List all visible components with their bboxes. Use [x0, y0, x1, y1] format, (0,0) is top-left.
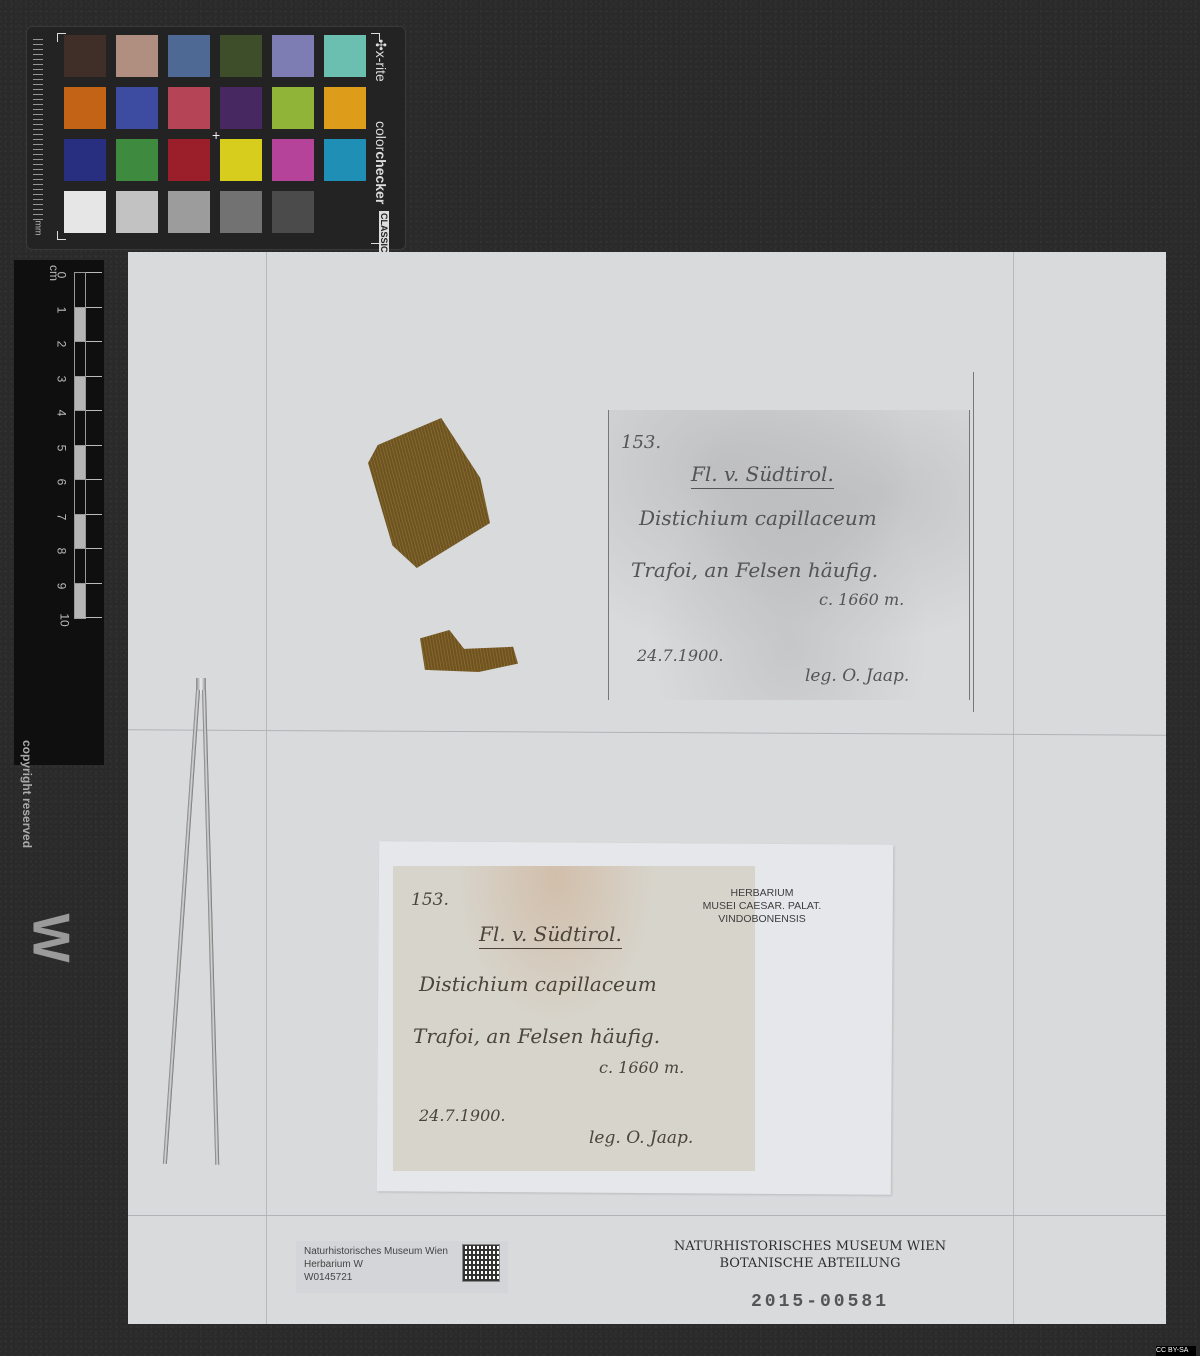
color-swatch: [220, 35, 262, 77]
color-swatch: [116, 35, 158, 77]
color-checker-card: mm + ✣x-rite colorchecker CLASSIC: [26, 26, 406, 250]
label-species: Distichium capillaceum: [639, 506, 877, 530]
institution-name: Naturhistorisches Museum Wien: [304, 1245, 448, 1258]
scale-number: 7: [54, 513, 68, 520]
color-swatch: [220, 87, 262, 129]
label-date: 24.7.1900.: [419, 1106, 506, 1125]
label-collector: leg. O. Jaap.: [589, 1128, 693, 1148]
label-number: 153.: [621, 432, 661, 453]
label-elevation: c. 1660 m.: [819, 590, 904, 609]
label-locality: Trafoi, an Felsen häufig.: [631, 558, 878, 582]
accession-number: 2015-00581: [745, 1292, 895, 1312]
fold-line: [266, 252, 267, 1324]
classic-badge: CLASSIC: [379, 211, 389, 255]
license-badge: CC BY-SA: [1156, 1346, 1196, 1356]
scale-number: 1: [54, 306, 68, 313]
scale-block: [74, 445, 86, 482]
color-swatch: [168, 139, 210, 181]
stamp-line: MUSEI CAESAR. PALAT.: [700, 900, 824, 913]
checker-branding: ✣x-rite colorchecker CLASSIC: [375, 35, 403, 240]
scale-number: 9: [54, 582, 68, 589]
color-swatch: [64, 35, 106, 77]
label-elevation: c. 1660 m.: [599, 1058, 684, 1077]
color-swatch: [324, 139, 366, 181]
fold-line: [973, 372, 974, 712]
qr-code-icon: [462, 1244, 500, 1282]
mm-ruler: [33, 39, 43, 224]
color-swatch: [168, 35, 210, 77]
color-swatch: [116, 87, 158, 129]
scale-bar: cm copyright reserved W 012345678910: [14, 260, 104, 765]
label-region: Fl. v. Südtirol.: [691, 462, 834, 489]
catalog-number: W0145721: [304, 1271, 448, 1284]
xrite-logo: ✣x-rite: [372, 39, 389, 82]
color-swatch: [324, 35, 366, 77]
color-swatch: [272, 87, 314, 129]
scale-block: [74, 548, 86, 585]
printed-label-copy: 153. Fl. v. Südtirol. Distichium capilla…: [608, 410, 970, 700]
scale-block: [74, 307, 86, 344]
scale-number: 6: [54, 479, 68, 486]
fold-line: [128, 729, 1166, 735]
scale-block: [74, 376, 86, 413]
color-swatch: [324, 87, 366, 129]
corner-mark-icon: [57, 231, 66, 240]
color-swatch: [324, 191, 366, 233]
scale-number: 10: [58, 613, 72, 626]
department-name: BOTANISCHE ABTEILUNG: [670, 1255, 950, 1272]
color-swatch: [116, 139, 158, 181]
scale-number: 2: [54, 341, 68, 348]
color-swatch: [168, 87, 210, 129]
label-region: Fl. v. Südtirol.: [479, 922, 622, 949]
colorchecker-wordmark: colorchecker: [373, 121, 389, 204]
scale-block: [74, 341, 86, 378]
color-swatch: [272, 35, 314, 77]
color-swatch: [272, 191, 314, 233]
scale-number: 5: [54, 444, 68, 451]
color-swatch: [116, 191, 158, 233]
scale-block: [74, 410, 86, 447]
scale-tick: [82, 617, 102, 618]
scale-number: 3: [54, 375, 68, 382]
scale-block: [74, 479, 86, 516]
label-locality: Trafoi, an Felsen häufig.: [413, 1024, 660, 1048]
scale-number: 8: [54, 548, 68, 555]
label-date: 24.7.1900.: [637, 646, 724, 665]
color-swatch: [64, 191, 106, 233]
label-collector: leg. O. Jaap.: [805, 666, 909, 686]
stamp-line: HERBARIUM: [700, 887, 824, 900]
scale-number: 4: [54, 410, 68, 417]
color-swatch: [220, 139, 262, 181]
scale-block: [74, 583, 86, 620]
color-swatch: [64, 87, 106, 129]
color-swatch: [272, 139, 314, 181]
museum-name: NATURHISTORISCHES MUSEUM WIEN: [670, 1238, 950, 1255]
color-swatch: [220, 191, 262, 233]
copyright-text: copyright reserved: [20, 740, 34, 920]
herbarium-w-mark: W: [25, 913, 77, 962]
corner-mark-icon: [57, 33, 66, 42]
color-swatch: [64, 139, 106, 181]
scale-block: [74, 272, 86, 309]
label-species: Distichium capillaceum: [419, 972, 657, 996]
scale-block: [74, 514, 86, 551]
herbarium-name: Herbarium W: [304, 1258, 448, 1271]
herbarium-stamp: HERBARIUM MUSEI CAESAR. PALAT. VINDOBONE…: [700, 887, 824, 926]
museum-header: NATURHISTORISCHES MUSEUM WIEN BOTANISCHE…: [670, 1238, 950, 1272]
mm-label: mm: [34, 221, 44, 236]
fold-line: [1013, 252, 1014, 1324]
scale-number: 0: [54, 272, 68, 279]
barcode-label: Naturhistorisches Museum Wien Herbarium …: [296, 1241, 508, 1293]
crosshair-icon: +: [212, 128, 220, 142]
color-swatch: [168, 191, 210, 233]
fold-line: [128, 1215, 1166, 1216]
stamp-line: VINDOBONENSIS: [700, 913, 824, 926]
label-number: 153.: [411, 890, 449, 910]
